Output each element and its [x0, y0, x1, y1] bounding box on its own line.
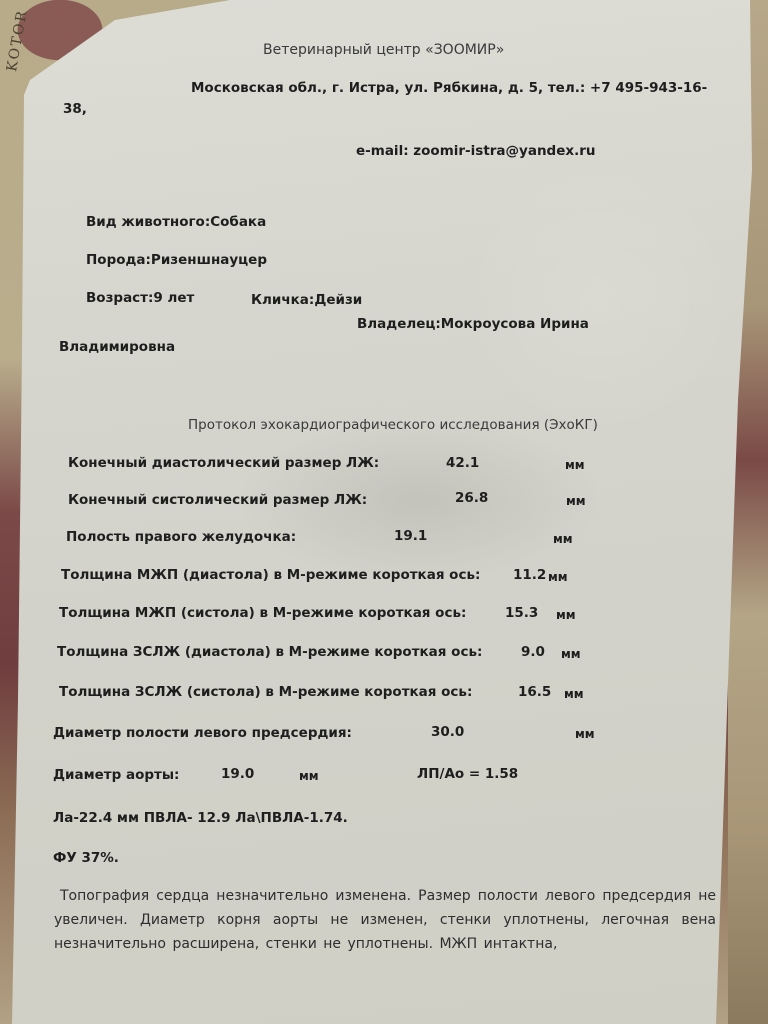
aorta-unit: мм	[299, 768, 319, 784]
animal-name: Кличка:Дейзи	[251, 292, 362, 308]
animal-species: Вид животного:Собака	[86, 214, 266, 230]
measurement-label: Толщина ЗСЛЖ (систола) в М-режиме коротк…	[59, 684, 472, 700]
measurement-unit: мм	[556, 607, 576, 623]
measurement-value: 26.8	[455, 490, 488, 506]
measurement-unit: мм	[553, 531, 573, 547]
measurement-unit: мм	[575, 726, 595, 742]
owner-name-continued: Владимировна	[59, 339, 175, 355]
aorta-value: 19.0	[221, 766, 254, 782]
measurement-value: 30.0	[431, 724, 464, 740]
la-pvla-line: Ла-22.4 мм ПВЛА- 12.9 Ла\ПВЛА-1.74.	[53, 810, 348, 826]
measurement-value: 42.1	[446, 455, 479, 471]
conclusion-paragraph: Топография сердца незначительно изменена…	[54, 884, 716, 956]
clinic-email: e-mail: zoomir-istra@yandex.ru	[356, 143, 595, 159]
measurement-value: 9.0	[521, 644, 545, 660]
measurement-value: 15.3	[505, 605, 538, 621]
measurement-label: Конечный систолический размер ЛЖ:	[68, 492, 367, 508]
measurement-label: Конечный диастолический размер ЛЖ:	[68, 455, 379, 471]
owner-name: Владелец:Мокроусова Ирина	[357, 316, 589, 332]
measurement-unit: мм	[565, 457, 585, 473]
la-ao-ratio: ЛП/Ао = 1.58	[417, 766, 518, 782]
measurement-label: Диаметр полости левого предсердия:	[53, 725, 352, 741]
measurement-label: Полость правого желудочка:	[66, 529, 296, 545]
measurement-label: Толщина ЗСЛЖ (диастола) в М-режиме корот…	[57, 644, 482, 660]
clinic-name: Ветеринарный центр «ЗООМИР»	[263, 42, 504, 58]
aorta-label: Диаметр аорты:	[53, 767, 179, 783]
measurement-value: 11.2	[513, 567, 546, 583]
animal-breed: Порода:Ризеншнауцер	[86, 252, 267, 268]
measurement-value: 19.1	[394, 528, 427, 544]
measurement-label: Толщина МЖП (диастола) в М-режиме коротк…	[61, 567, 480, 583]
measurement-unit: мм	[564, 686, 584, 702]
measurement-unit: мм	[548, 569, 568, 585]
clinic-address: Московская обл., г. Истра, ул. Рябкина, …	[191, 80, 707, 96]
protocol-title: Протокол эхокардиографического исследова…	[188, 417, 598, 433]
measurement-unit: мм	[561, 646, 581, 662]
measurement-label: Толщина МЖП (систола) в М-режиме коротка…	[59, 605, 466, 621]
measurement-unit: мм	[566, 493, 586, 509]
measurement-value: 16.5	[518, 684, 551, 700]
clinic-address-continued: 38,	[63, 101, 87, 117]
fractional-shortening: ФУ 37%.	[53, 850, 119, 866]
animal-age: Возраст:9 лет	[86, 290, 194, 306]
